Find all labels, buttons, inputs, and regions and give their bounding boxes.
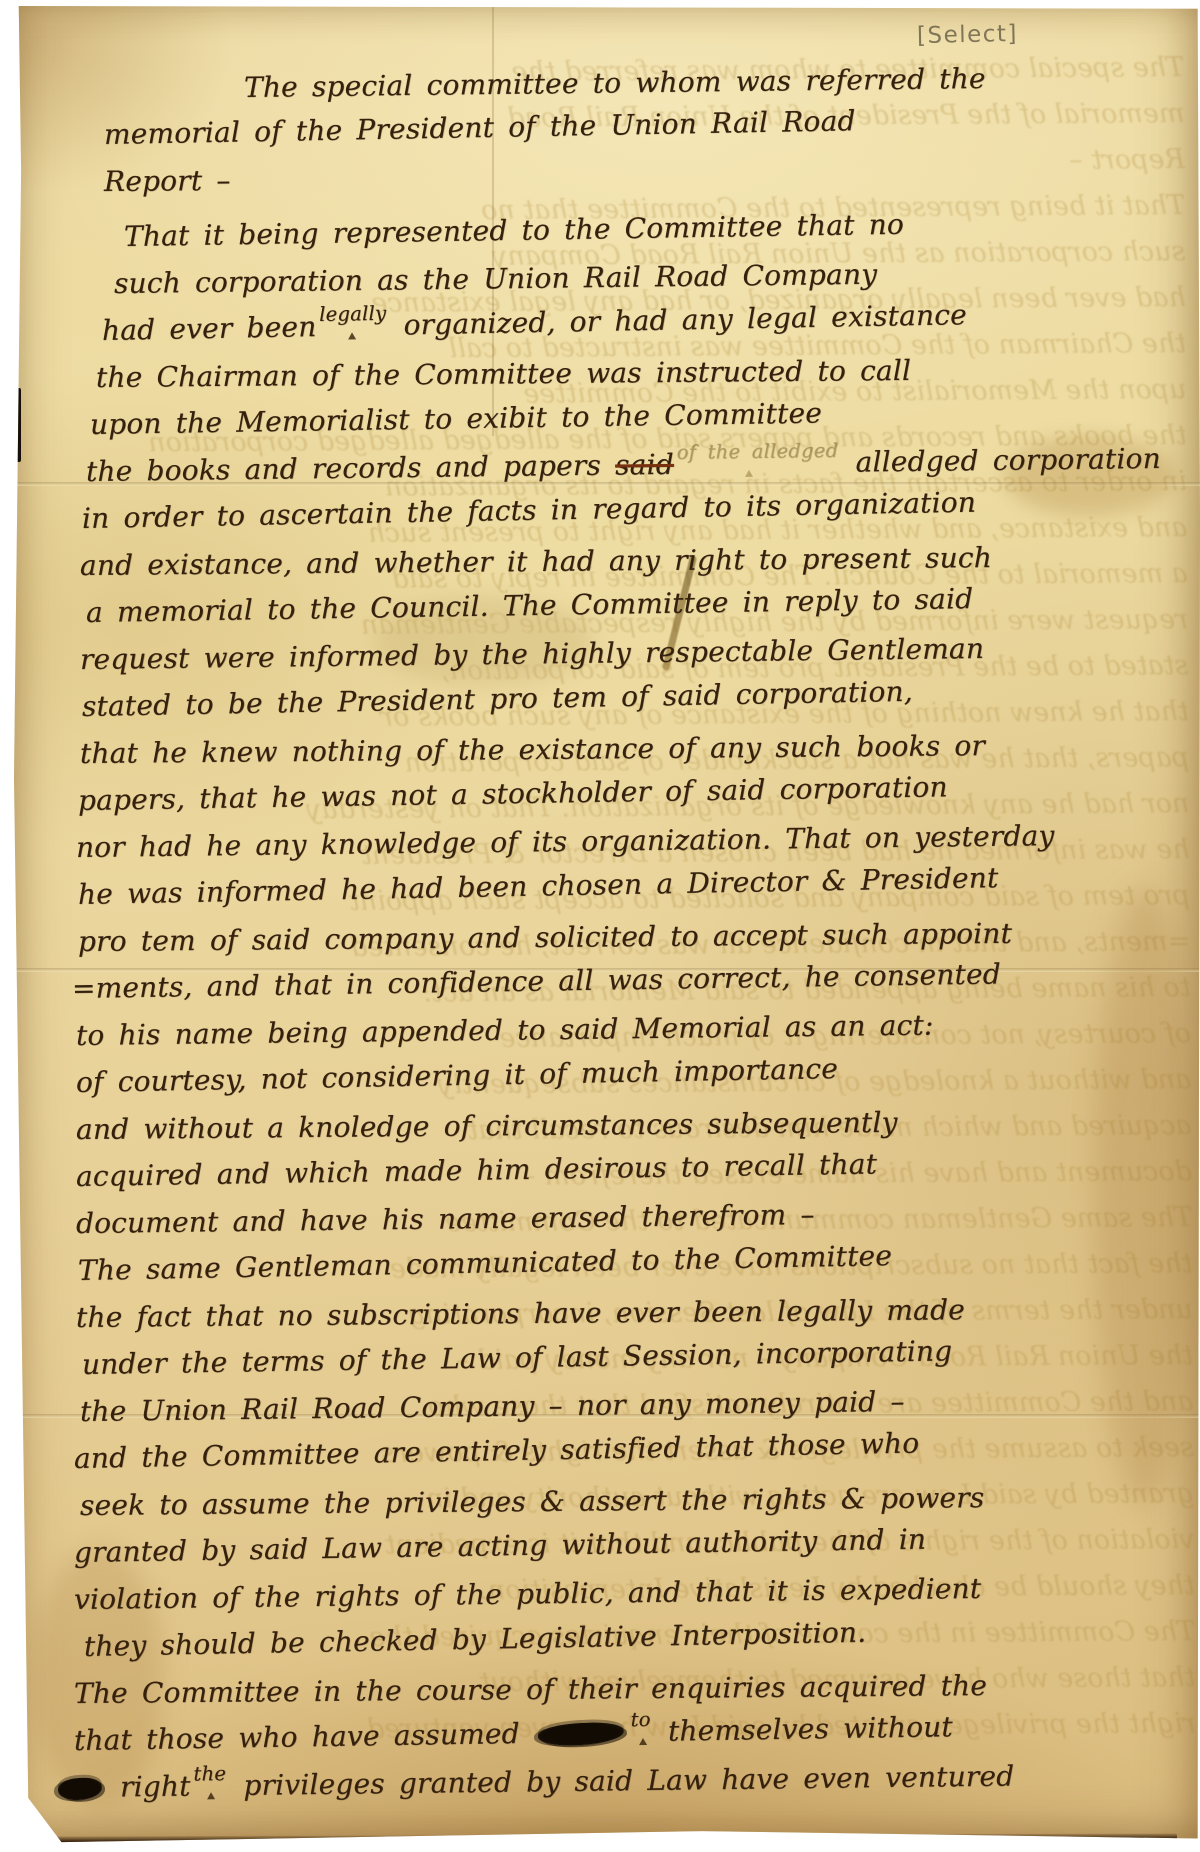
handwritten-text: that those who have assumed [74, 1717, 534, 1757]
inserted-word-faint: of the alledged [677, 441, 839, 463]
handwritten-text: organized, or had any legal existance [389, 298, 967, 342]
strikethrough-word: said [615, 448, 674, 482]
manuscript-paper: The special committee to whom was referr… [14, 6, 1200, 1844]
manuscript-line: Report – [104, 153, 1182, 209]
handwritten-text: request were informed by the highly resp… [80, 632, 985, 676]
handwritten-text: nor had he any knowledge of its organiza… [76, 819, 1055, 864]
handwritten-text: The special committee to whom was referr… [244, 62, 986, 104]
inserted-word: the [193, 1764, 226, 1784]
handwritten-text: Report – [104, 164, 231, 198]
handwritten-text: to his name being appended to said Memor… [76, 1009, 934, 1052]
handwritten-text: seek to assume the privileges & assert t… [80, 1481, 985, 1522]
handwritten-text: alledged corporation [841, 442, 1161, 479]
manuscript-text: The special committee to whom was referr… [72, 68, 1182, 1815]
handwritten-text: The Committee in the course of their enq… [74, 1669, 987, 1710]
handwritten-text: upon the Memorialist to exibit to the Co… [90, 397, 823, 441]
ink-blot [57, 1777, 102, 1801]
handwritten-text: right [106, 1770, 191, 1804]
handwritten-text: privileges granted by said Law have even… [229, 1759, 1014, 1802]
handwritten-text: that he knew nothing of the existance of… [80, 729, 985, 770]
handwritten-text: violation of the rights of the public, a… [74, 1572, 982, 1616]
paper-bottom-edge [38, 1834, 1177, 1846]
handwritten-text: and without a knoledge of circumstances … [76, 1106, 898, 1146]
handwritten-text: the fact that no subscriptions have ever… [76, 1293, 965, 1334]
scanned-manuscript: { "page": { "annotation": "[Select]", "i… [0, 0, 1200, 1852]
edge-ink-mark [14, 388, 21, 462]
handwritten-text: That it being represented to the Committ… [124, 208, 905, 253]
handwritten-text: the Union Rail Road Company – nor any mo… [80, 1385, 905, 1428]
select-annotation: [Select] [917, 21, 1018, 49]
handwritten-text: acquired and which made him desirous to … [76, 1147, 878, 1193]
handwritten-text: had ever been [102, 310, 317, 347]
ink-blot [537, 1721, 624, 1747]
handwritten-text: memorial of the President of the Union R… [104, 104, 856, 151]
handwritten-text: document and have his name erased theref… [76, 1198, 815, 1240]
handwritten-text: themselves without [654, 1710, 953, 1748]
handwritten-text: such corporation as the Union Rail Road … [114, 258, 878, 300]
handwritten-text: and existance, and whether it had any ri… [80, 541, 992, 582]
handwritten-text: the Chairman of the Committee was instru… [96, 354, 911, 394]
inserted-word: legally [319, 304, 386, 325]
inserted-word: to [630, 1710, 650, 1730]
handwritten-text: the books and records and papers [86, 449, 616, 488]
handwritten-text: pro tem of said company and solicited to… [78, 917, 1012, 958]
